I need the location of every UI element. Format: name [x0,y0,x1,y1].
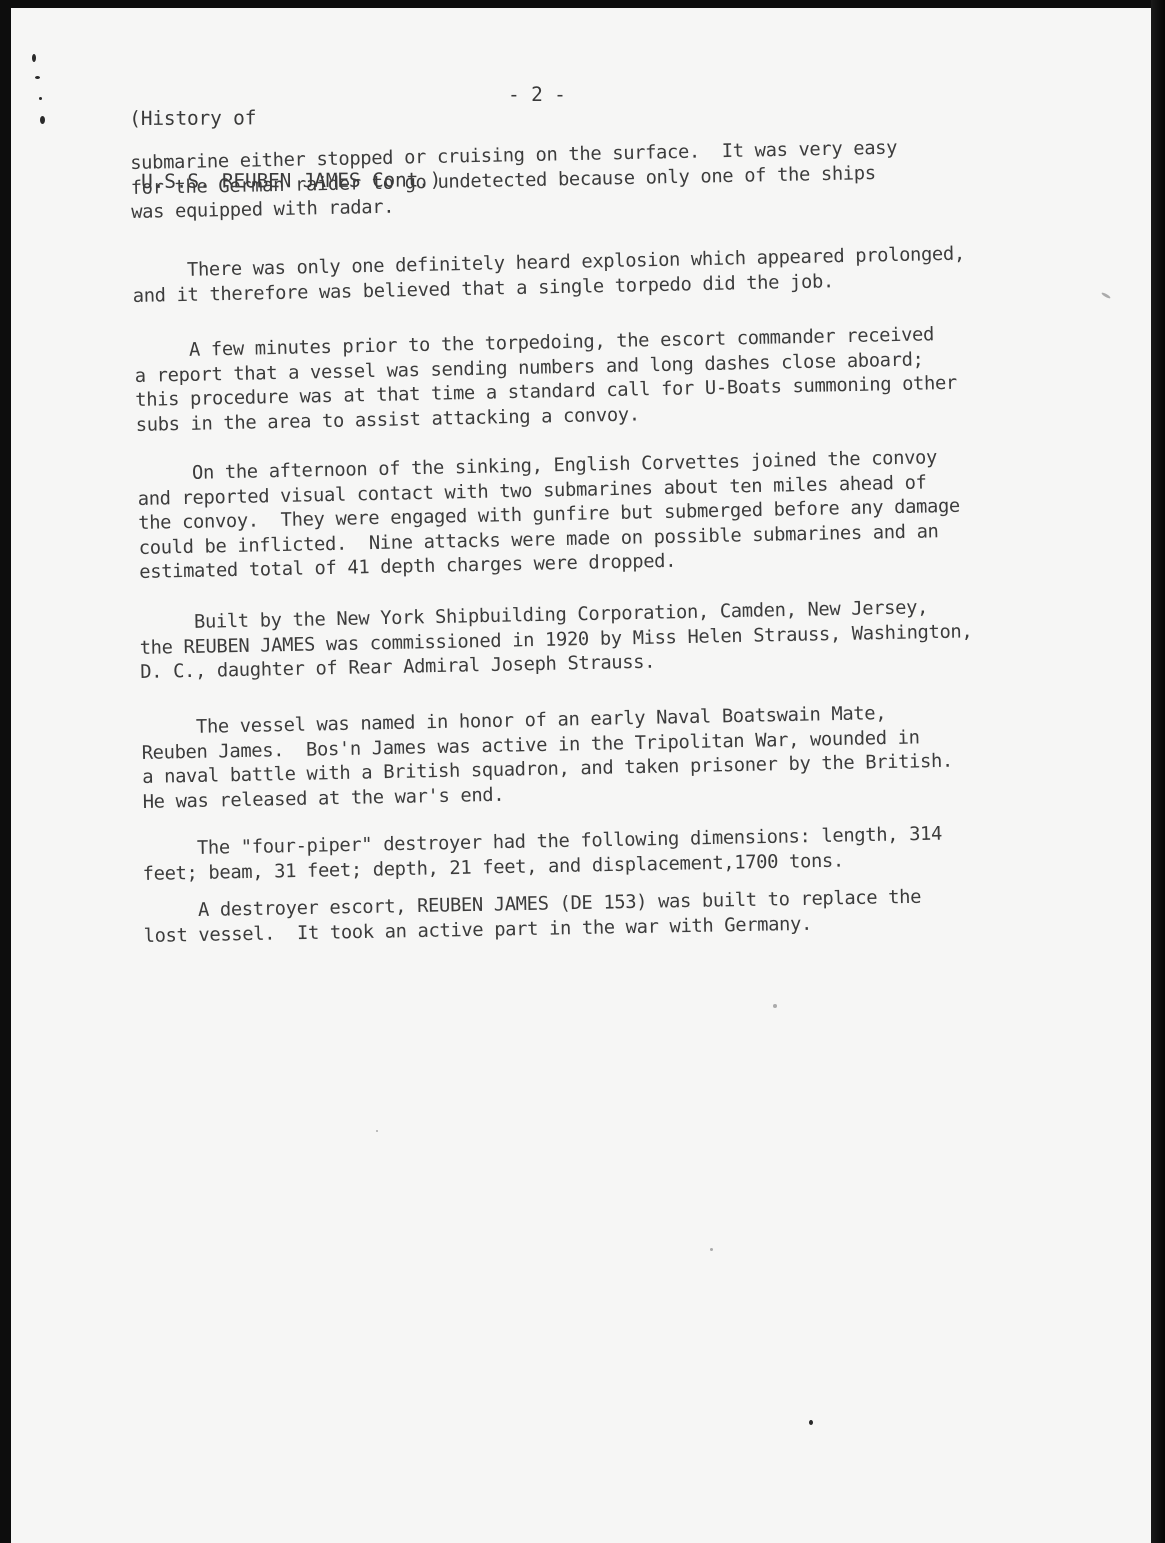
paragraph-3: A few minutes prior to the torpedoing, t… [134,321,1056,438]
punch-mark-3 [39,97,42,100]
header-line-1: (History of [129,106,441,129]
page-number: - 2 - [508,83,566,106]
punch-mark-4 [40,116,45,124]
paragraph-4: On the afternoon of the sinking, English… [137,444,1059,586]
punch-mark-2 [35,76,40,79]
scan-border-right [1151,0,1165,1543]
paper-speck-4 [809,1420,813,1425]
paper-speck-5 [376,1130,378,1132]
paper-speck-2 [773,1004,777,1008]
punch-mark-1 [32,54,36,62]
scanned-page-frame: (History of U.S.S. REUBEN JAMES Cont.) -… [0,0,1165,1543]
paper-speck-3 [710,1248,713,1251]
paragraph-6: The vessel was named in honor of an earl… [141,699,1063,815]
